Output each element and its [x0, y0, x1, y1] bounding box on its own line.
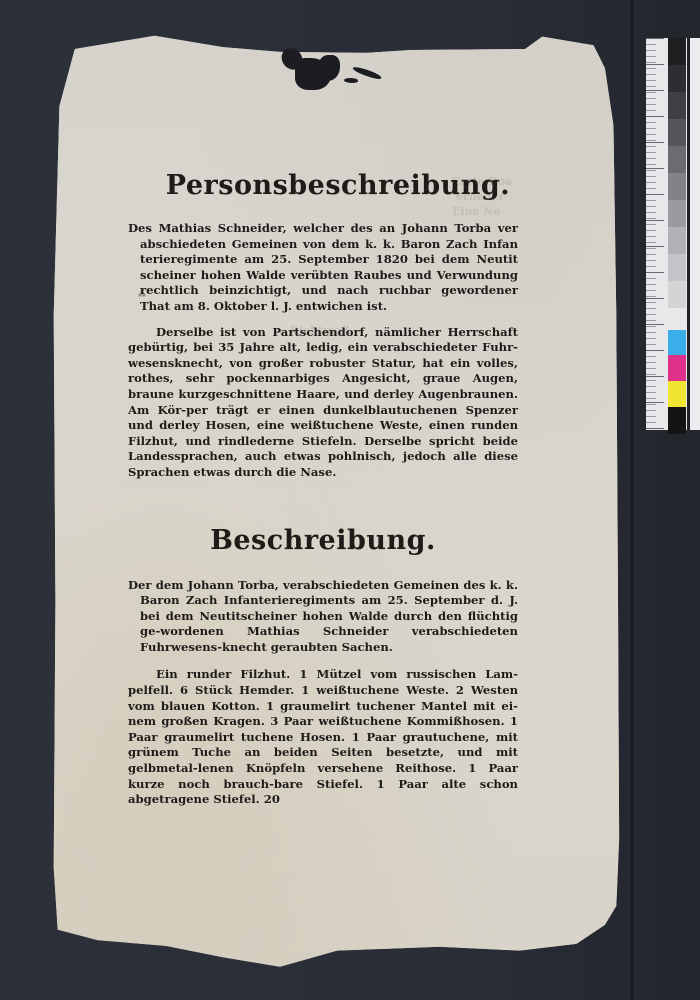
gray-swatch: [668, 119, 686, 146]
gray-swatch: [668, 146, 686, 173]
paragraph-stolen-goods-intro: Der dem Johann Torba, verabschiedeten Ge…: [128, 578, 518, 656]
gray-swatch: [668, 281, 686, 308]
gray-swatch: [668, 200, 686, 227]
paragraph-subject-intro: Des Mathias Schneider, welcher des an Jo…: [128, 221, 518, 315]
gray-swatch: [668, 254, 686, 281]
gray-swatch: [668, 92, 686, 119]
paragraph-physical-description: Derselbe ist von Partschendorf, nämliche…: [128, 325, 518, 481]
heading-beschreibung: Beschreibung.: [128, 525, 518, 556]
color-calibration-card: [646, 38, 700, 430]
gray-swatch: [668, 227, 686, 254]
gray-swatch: [668, 38, 686, 65]
yellow-swatch: [668, 381, 686, 407]
gray-swatch: [668, 173, 686, 200]
blank-swatch: [668, 308, 686, 330]
paragraph-stolen-items-list: Ein runder Filzhut. 1 Mützel vom russisc…: [128, 667, 518, 807]
background-divider: [630, 0, 634, 1000]
gray-swatch: [668, 65, 686, 92]
document-text: Personsbeschreibung. Des Mathias Schneid…: [128, 170, 518, 808]
black-swatch: [668, 407, 686, 434]
magenta-swatch: [668, 355, 686, 381]
ruler-major-ticks: [646, 38, 668, 430]
cyan-swatch: [668, 330, 686, 355]
heading-personsbeschreibung: Personsbeschreibung.: [158, 170, 518, 201]
paper-damage-hole: [344, 78, 358, 83]
swatch-column: [668, 38, 686, 430]
card-right-panel: [690, 38, 700, 430]
